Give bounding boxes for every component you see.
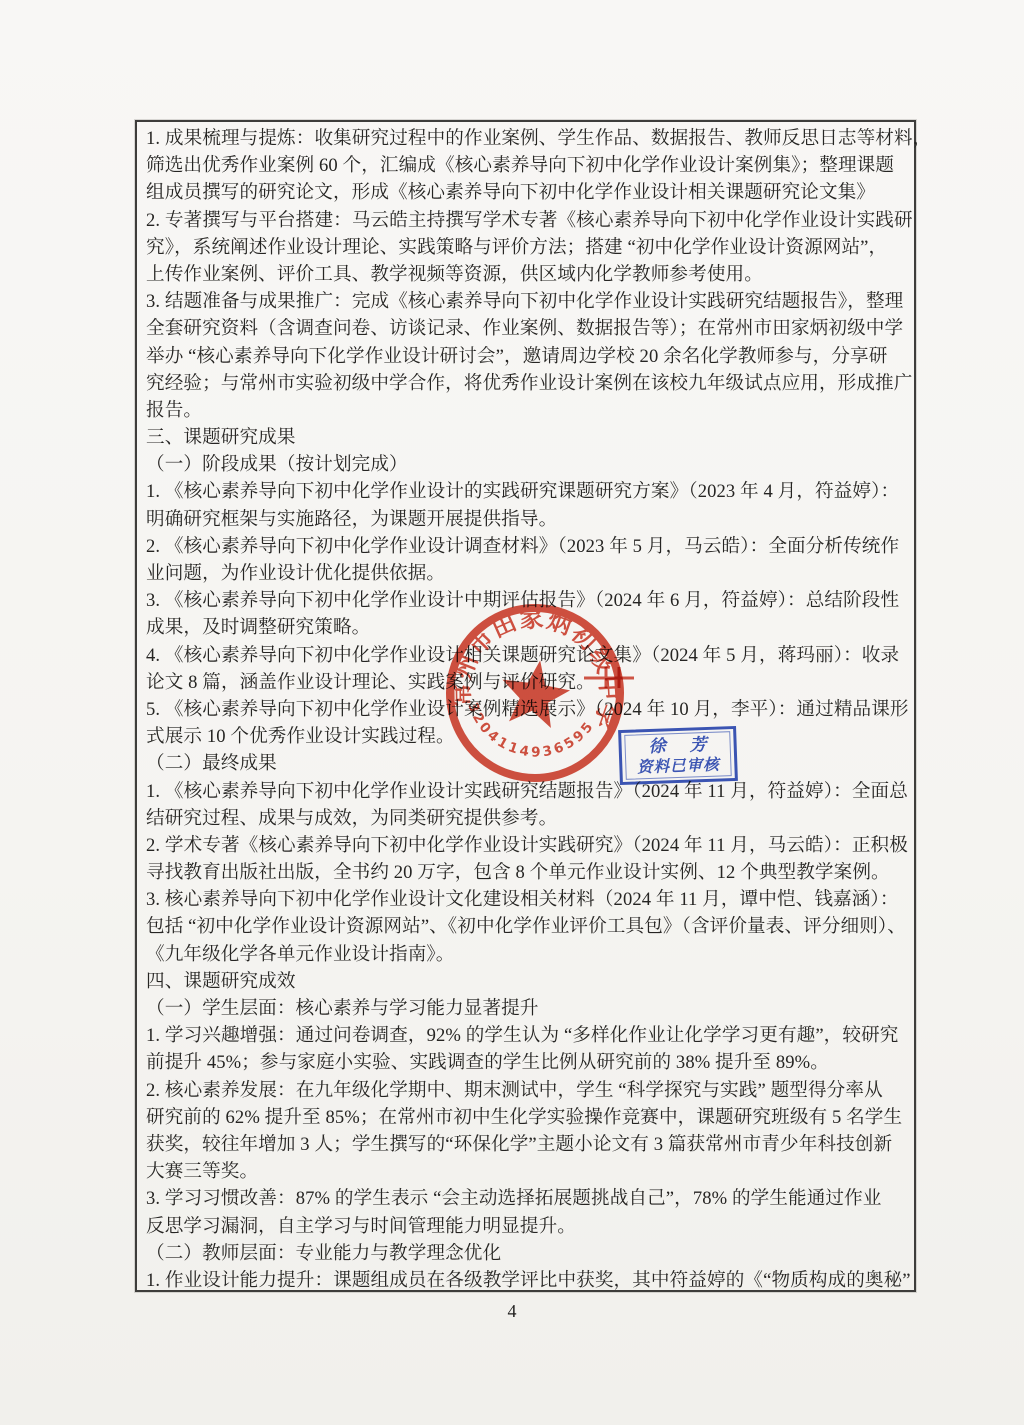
text-line: 大赛三等奖。: [146, 1158, 910, 1185]
text-line: 5. 《核心素养导向下初中化学作业设计案例精选展示》（2024 年 10 月，李…: [146, 696, 910, 723]
text-line: 举办 “核心素养导向下化学作业设计研讨会”，邀请周边学校 20 余名化学教师参与…: [146, 343, 910, 370]
text-line: 前提升 45%；参与家庭小实验、实践调查的学生比例从研究前的 38% 提升至 8…: [146, 1049, 910, 1076]
text-line: 3. 核心素养导向下初中化学作业设计文化建设相关材料（2024 年 11 月，谭…: [146, 886, 910, 913]
text-line: 论文 8 篇，涵盖作业设计理论、实践案例与评价研究。: [146, 669, 910, 696]
text-line: 3. 结题准备与成果推广：完成《核心素养导向下初中化学作业设计实践研究结题报告》…: [146, 288, 910, 315]
text-line: 1. 学习兴趣增强：通过问卷调查，92% 的学生认为 “多样化作业让化学学习更有…: [146, 1022, 910, 1049]
text-line: （二）最终成果: [146, 750, 910, 777]
text-line: 1. 作业设计能力提升：课题组成员在各级教学评比中获奖，其中符益婷的《“物质构成…: [146, 1267, 910, 1294]
text-line: 三、课题研究成果: [146, 424, 910, 451]
text-line: 4. 《核心素养导向下初中化学作业设计相关课题研究论文集》（2024 年 5 月…: [146, 642, 910, 669]
text-line: 筛选出优秀作业案例 60 个，汇编成《核心素养导向下初中化学作业设计案例集》；整…: [146, 152, 910, 179]
text-line: 业问题，为作业设计优化提供依据。: [146, 560, 910, 587]
text-line: 研究前的 62% 提升至 85%；在常州市初中生化学实验操作竞赛中，课题研究班级…: [146, 1104, 910, 1131]
text-line: 结研究过程、成果与成效，为同类研究提供参考。: [146, 805, 910, 832]
text-line: 成果，及时调整研究策略。: [146, 614, 910, 641]
text-line: 《九年级化学各单元作业设计指南》。: [146, 941, 910, 968]
text-line: 获奖，较往年增加 3 人；学生撰写的“环保化学”主题小论文有 3 篇获常州市青少…: [146, 1131, 910, 1158]
document-border-frame: 1. 成果梳理与提炼：收集研究过程中的作业案例、学生作品、数据报告、教师反思日志…: [135, 120, 916, 1292]
text-line: 究经验；与常州市实验初级中学合作，将优秀作业设计案例在该校九年级试点应用，形成推…: [146, 370, 910, 397]
document-body: 1. 成果梳理与提炼：收集研究过程中的作业案例、学生作品、数据报告、教师反思日志…: [146, 125, 910, 1294]
text-line: （一）阶段成果（按计划完成）: [146, 451, 910, 478]
document-page: { "page": { "number": "4" }, "document":…: [0, 0, 1024, 1425]
text-line: 究》，系统阐述作业设计理论、实践策略与评价方法；搭建 “初中化学作业设计资源网站…: [146, 234, 910, 261]
text-line: 反思学习漏洞，自主学习与时间管理能力明显提升。: [146, 1213, 910, 1240]
text-line: 2. 专著撰写与平台搭建：马云皓主持撰写学术专著《核心素养导向下初中化学作业设计…: [146, 207, 910, 234]
text-line: 式展示 10 个优秀作业设计实践过程。: [146, 723, 910, 750]
text-line: 1. 成果梳理与提炼：收集研究过程中的作业案例、学生作品、数据报告、教师反思日志…: [146, 125, 910, 152]
text-line: （二）教师层面：专业能力与教学理念优化: [146, 1240, 910, 1267]
text-line: 四、课题研究成效: [146, 968, 910, 995]
text-line: 组成员撰写的研究论文，形成《核心素养导向下初中化学作业设计相关课题研究论文集》: [146, 179, 910, 206]
page-number: 4: [0, 1301, 1024, 1322]
text-line: 3. 学习习惯改善：87% 的学生表示 “会主动选择拓展题挑战自己”，78% 的…: [146, 1185, 910, 1212]
text-line: 3. 《核心素养导向下初中化学作业设计中期评估报告》（2024 年 6 月，符益…: [146, 587, 910, 614]
text-line: 寻找教育出版社出版，全书约 20 万字，包含 8 个单元作业设计实例、12 个典…: [146, 859, 910, 886]
text-line: 1. 《核心素养导向下初中化学作业设计的实践研究课题研究方案》（2023 年 4…: [146, 478, 910, 505]
text-line: 报告。: [146, 397, 910, 424]
text-line: 2. 《核心素养导向下初中化学作业设计调查材料》（2023 年 5 月，马云皓）…: [146, 533, 910, 560]
text-line: 包括 “初中化学作业设计资源网站”、《初中化学作业评价工具包》（含评价量表、评分…: [146, 913, 910, 940]
text-line: 2. 核心素养发展：在九年级化学期中、期末测试中，学生 “科学探究与实践” 题型…: [146, 1077, 910, 1104]
text-line: 1. 《核心素养导向下初中化学作业设计实践研究结题报告》（2024 年 11 月…: [146, 778, 910, 805]
text-line: 2. 学术专著《核心素养导向下初中化学作业设计实践研究》（2024 年 11 月…: [146, 832, 910, 859]
text-line: 明确研究框架与实施路径，为课题开展提供指导。: [146, 506, 910, 533]
text-line: 全套研究资料（含调查问卷、访谈记录、作业案例、数据报告等）；在常州市田家炳初级中…: [146, 315, 910, 342]
text-line: 上传作业案例、评价工具、教学视频等资源，供区域内化学教师参考使用。: [146, 261, 910, 288]
text-line: （一）学生层面：核心素养与学习能力显著提升: [146, 995, 910, 1022]
